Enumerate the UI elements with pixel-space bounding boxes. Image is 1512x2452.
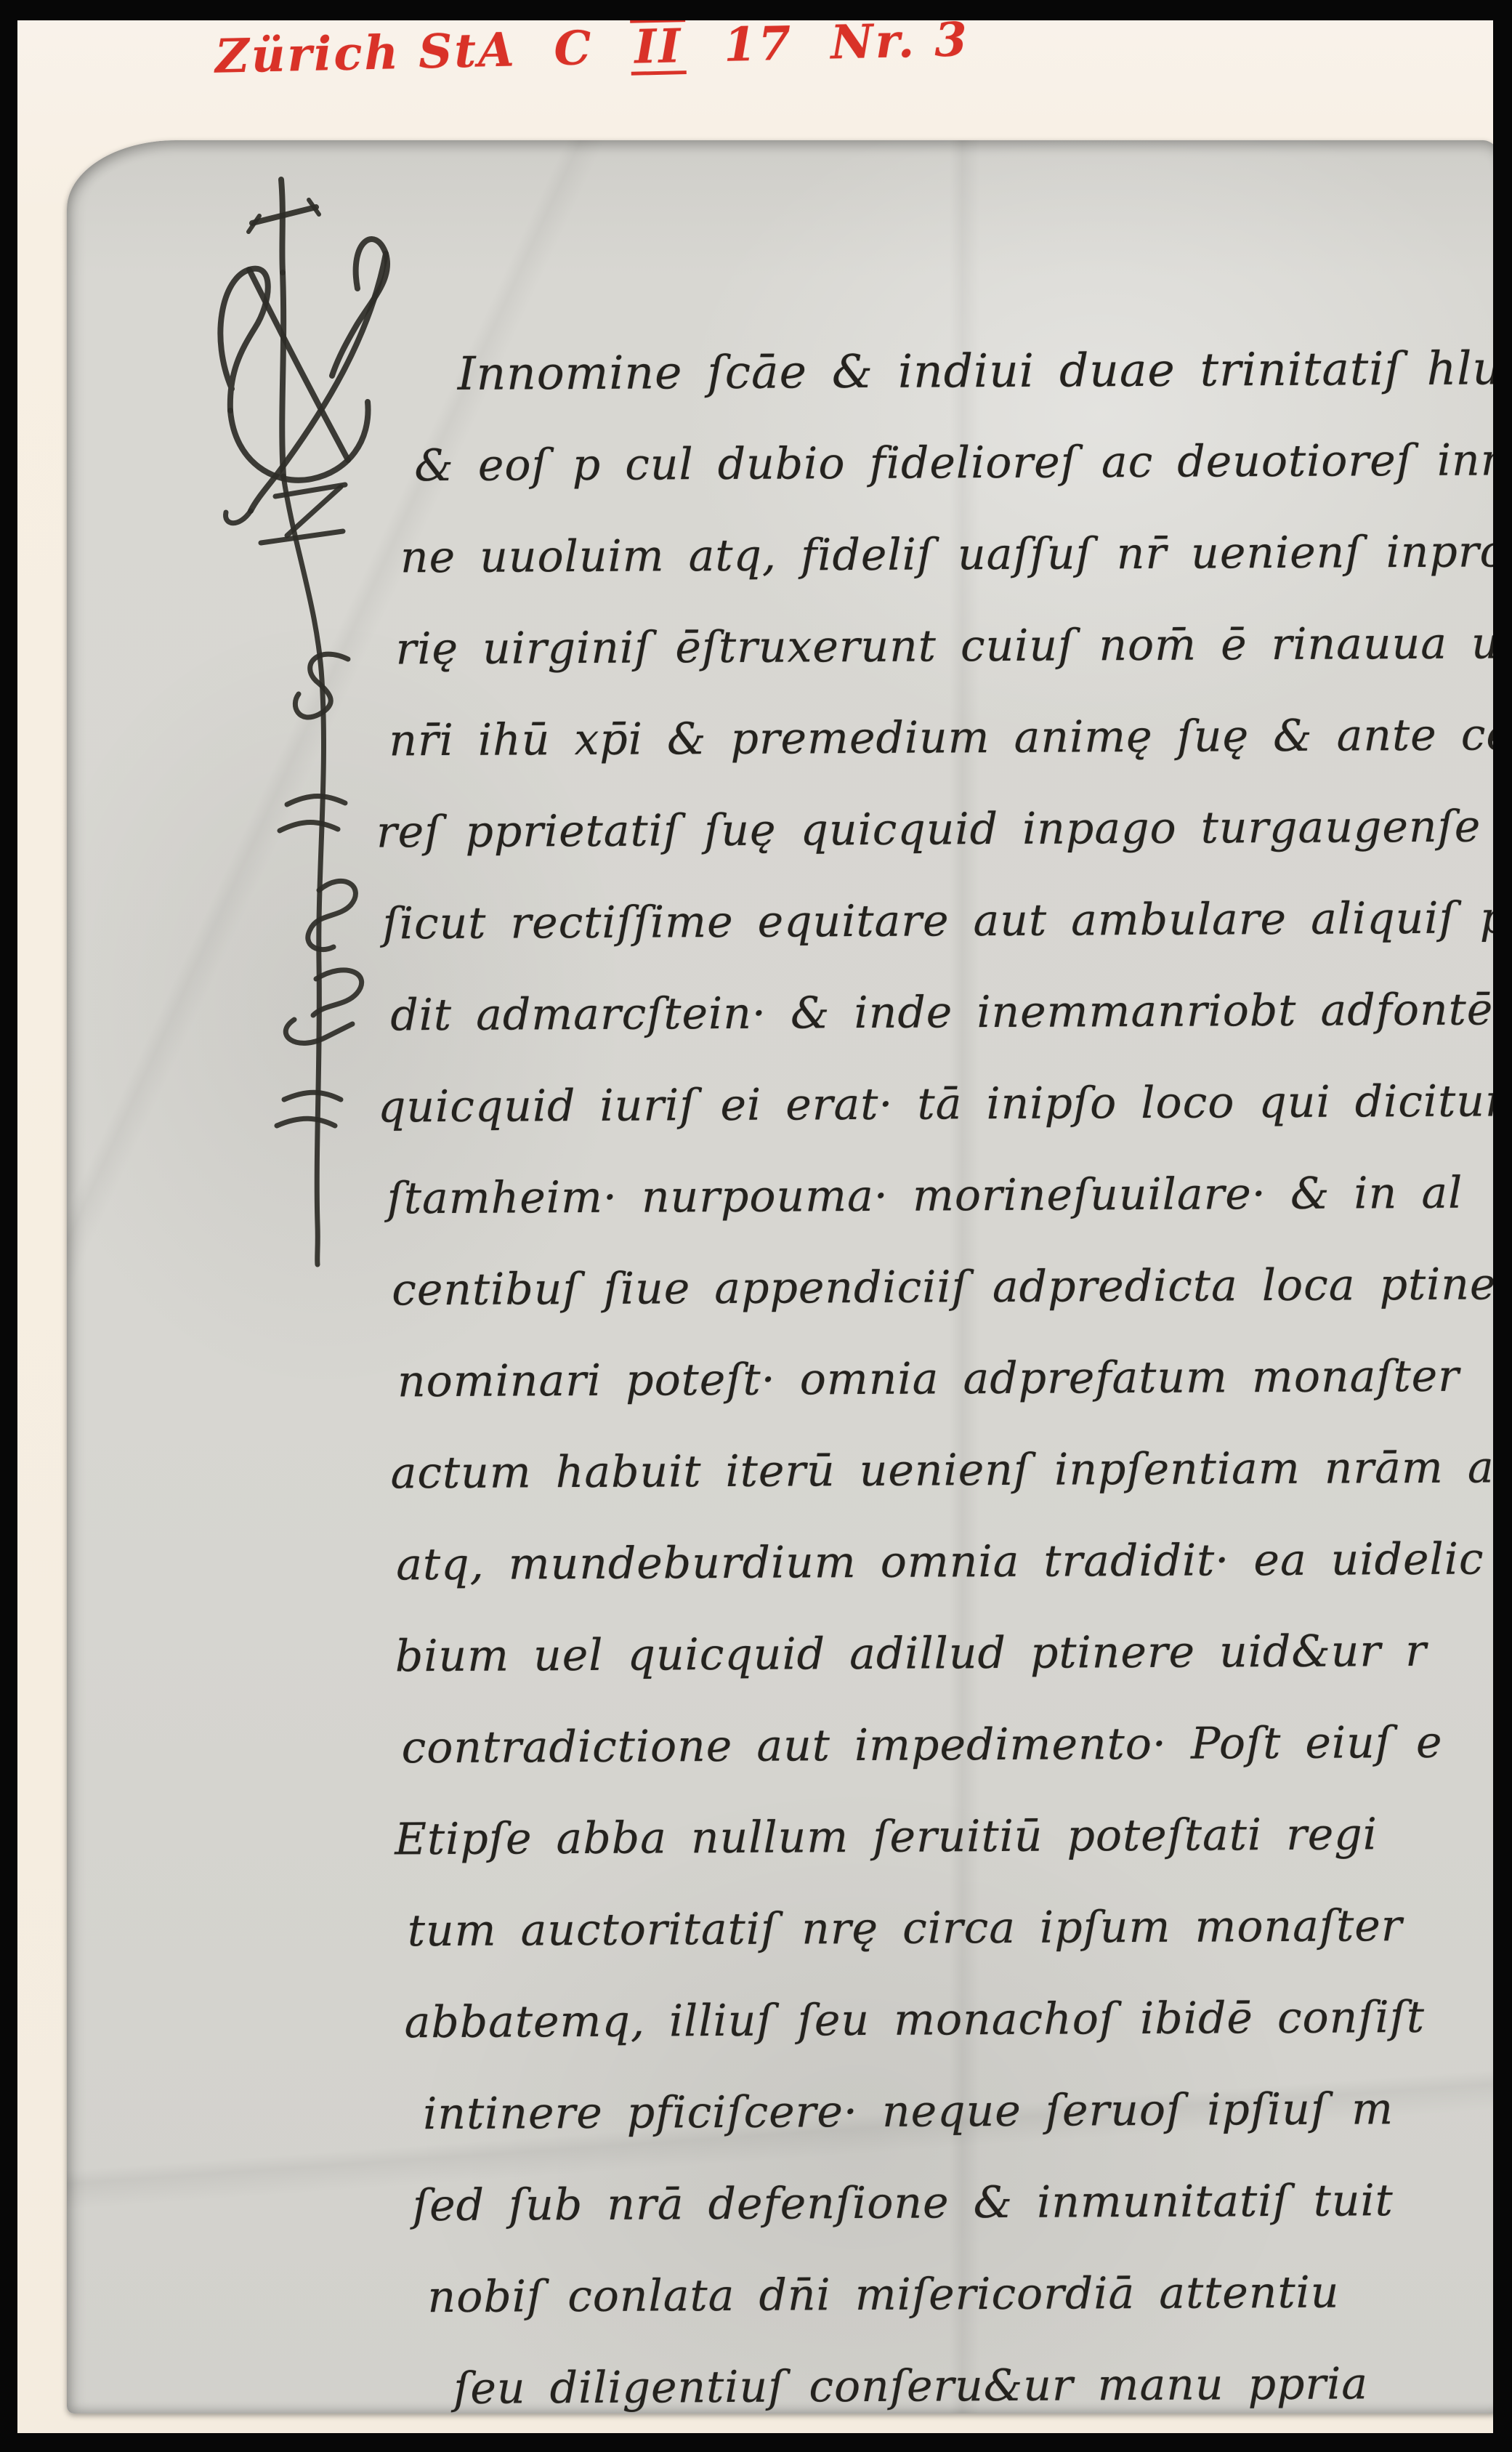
annotation-roman-numeral: II: [631, 20, 687, 76]
charter-line: bium uel quicquid adillud ptinere uid&ur…: [395, 1610, 1493, 1708]
knotted-vertical-flourish-icon: [261, 476, 362, 1265]
charter-line: ſtamheim· nurpouma· morineſuuilare· & in…: [387, 1152, 1493, 1250]
parchment: Innomine ſcāe & indiui duae trinitatiſ h…: [67, 140, 1493, 2413]
annotation-archive: Zürich StA: [214, 23, 517, 84]
charter-line: Innomine ſcāe & indiui duae trinitatiſ h…: [457, 328, 1493, 425]
charter-text: Innomine ſcāe & indiui duae trinitatiſ h…: [373, 328, 1493, 2413]
charter-line: dit admarcſtein· & inde inemmanriobt adf…: [390, 969, 1493, 1067]
charter-line: quicquid iuriſ ei erat· tā inipſo loco q…: [378, 1060, 1493, 1158]
charter-line: ne uuoluim atq, fideliſ uaſſuſ nr̄ uenie…: [400, 511, 1493, 609]
annotation-number: 17: [723, 20, 793, 73]
charter-line: nr̄i ihū xp̄i & premedium animę ſuę & an…: [389, 694, 1493, 792]
charter-line: nobiſ conlata dn̄i miſericordiā attentiu: [427, 2251, 1493, 2349]
charter-line: atq, mundeburdium omnia tradidit· ea uid…: [396, 1518, 1493, 1616]
royal-monogram-icon: [209, 171, 397, 1275]
archival-annotation: Zürich StA C II 17 Nr. 3: [214, 20, 969, 85]
charter-line: actum habuit iterū uenienſ inpſentiam nr…: [390, 1427, 1493, 1525]
charter-line: nominari poteſt· omnia adprefatum monaſt…: [397, 1335, 1493, 1433]
charter-line: ſeu diligentiuſ conſeru&ur manu ppria: [453, 2342, 1493, 2413]
invocation-cross-icon: [248, 180, 319, 273]
charter-line: intinere pficiſcere· neque ſeruoſ ipſiuſ…: [423, 2068, 1493, 2166]
charter-line: ſicut rectiſſime equitare aut ambulare a…: [382, 877, 1493, 975]
photo-frame: Zürich StA C II 17 Nr. 3: [0, 0, 1512, 2452]
charter-line: rię uirginiſ ēſtruxerunt cuiuſ nom̄ ē ri…: [395, 602, 1493, 701]
charter-line: ſed ſub nrā defenſione & inmunitatiſ tui…: [413, 2159, 1493, 2257]
annotation-series-letter: C: [554, 21, 594, 76]
annotation-nr: Nr. 3: [830, 20, 969, 70]
charter-line: reſ pprietatiſ ſuę quicquid inpago turga…: [376, 786, 1493, 884]
charter-line: centibuſ ſiue appendiciiſ adpredicta loc…: [392, 1243, 1493, 1342]
interlaced-royal-monogram-icon: [220, 239, 387, 523]
charter-line: tum auctoritatiſ nrę circa ipſum monaſte…: [408, 1884, 1493, 1983]
charter-line: abbatemq, illiuſ ſeu monachoſ ibidē conſ…: [404, 1976, 1493, 2074]
charter-line: & eoſ p cul dubio fidelioreſ ac deuotior…: [414, 419, 1493, 517]
photo-paper-margin: Zürich StA C II 17 Nr. 3: [17, 20, 1493, 2433]
charter-line: contradictione aut impedimento· Poſt eiu…: [401, 1701, 1493, 1799]
charter-line: Etipſe abba nullum ſeruitiū poteſtati re…: [395, 1793, 1493, 1891]
